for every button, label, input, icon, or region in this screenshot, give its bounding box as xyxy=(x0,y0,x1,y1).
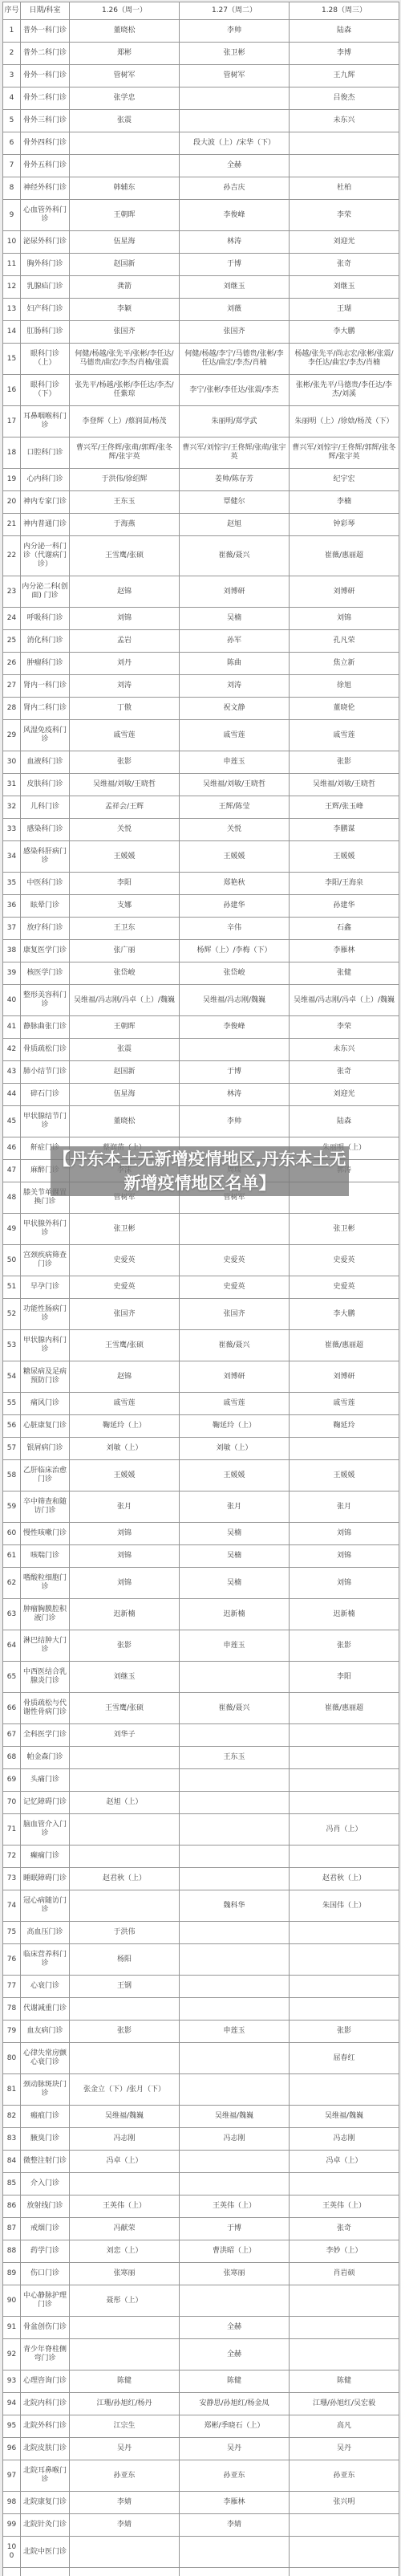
row-number-cell: 25 xyxy=(3,630,21,653)
tuesday-cell xyxy=(180,2537,290,2568)
row-number-cell: 70 xyxy=(3,1792,21,1814)
department-cell: 戒烟门诊 xyxy=(21,2218,70,2240)
table-row: 53甲状腺内科门诊王雪鹰/张硕崔薇/聂兴崔薇/惠丽超 xyxy=(3,1330,399,1361)
department-cell: 普外一科门诊 xyxy=(21,20,70,43)
department-cell: 咳喘门诊 xyxy=(21,1545,70,1568)
table-row: 50宫颈疾病筛查门诊史爱英史爱英史爱英 xyxy=(3,1245,399,1276)
tuesday-cell xyxy=(180,1846,290,1868)
department-cell: 宫颈疾病筛查门诊 xyxy=(21,1245,70,1276)
department-cell: 耳鼻咽喉科门诊 xyxy=(21,406,70,437)
table-row: 22内分泌一科门诊（代谢病门诊）王雪鹰/张硕崔薇/聂兴崔薇/惠丽超 xyxy=(3,536,399,576)
monday-cell xyxy=(70,2537,180,2568)
department-cell: 眩晕门诊 xyxy=(21,895,70,918)
row-number-cell: 35 xyxy=(3,873,21,895)
wednesday-cell: 刘博研 xyxy=(290,1361,399,1393)
table-row: 64淋巴结肿大门诊张影申莲玉张影 xyxy=(3,1630,399,1662)
table-row: 84微整注射门诊冯卓（上）冯卓（上） xyxy=(3,2151,399,2173)
tuesday-cell: 于博 xyxy=(180,2218,290,2240)
table-row: 55痛风门诊戚雪莲戚雪莲戚雪莲 xyxy=(3,1393,399,1415)
wednesday-cell: 孙建华 xyxy=(290,895,399,918)
department-cell: 肺小结节门诊 xyxy=(21,1061,70,1084)
tuesday-cell: 刘薇 xyxy=(180,299,290,321)
wednesday-cell: 李阳 xyxy=(290,1662,399,1693)
department-cell: 神经外科门诊 xyxy=(21,177,70,200)
row-number-cell: 6 xyxy=(3,132,21,155)
row-number-cell: 4 xyxy=(3,87,21,110)
wednesday-cell: 朱丽明（上）/徐娢/杨茂（下） xyxy=(290,406,399,437)
row-number-cell: 20 xyxy=(3,491,21,514)
wednesday-cell xyxy=(290,1724,399,1747)
tuesday-cell: 刘涛 xyxy=(180,675,290,698)
row-number-cell: 50 xyxy=(3,1245,21,1276)
row-number-cell: 46 xyxy=(3,1137,21,1160)
monday-cell: 张岱峻 xyxy=(70,962,180,985)
row-number-cell: 85 xyxy=(3,2173,21,2196)
wednesday-cell: 戚雪莲 xyxy=(290,1393,399,1415)
monday-cell xyxy=(70,2339,180,2370)
table-row: 2普外二科门诊郑彬张卫彬李博 xyxy=(3,43,399,65)
row-number-cell: 95 xyxy=(3,2415,21,2438)
table-row: 42骨质疏松门诊张震未东兴 xyxy=(3,1039,399,1061)
wednesday-cell: 刘锦 xyxy=(290,1568,399,1599)
tuesday-cell: 吴维福/刘敏/王晓哲 xyxy=(180,774,290,796)
table-row: 81颈动脉斑块门诊张金立（下）/张月（下） xyxy=(3,2074,399,2106)
wednesday-cell: 王瑚 xyxy=(290,299,399,321)
tuesday-cell: 刘敏（上） xyxy=(180,1438,290,1460)
table-row: 45甲状腺结节门诊董晓松李帅陆森 xyxy=(3,1106,399,1137)
wednesday-cell: 江珊/孙旭红/吴宏毅 xyxy=(290,2393,399,2415)
row-number-cell: 2 xyxy=(3,43,21,65)
wednesday-cell: 迟新楠 xyxy=(290,1599,399,1630)
table-row: 93心理咨询门诊陈健陈健陈健 xyxy=(3,2370,399,2393)
table-row: 90中心静脉护理门诊聂彤（上） xyxy=(3,2285,399,2317)
row-number-cell: 22 xyxy=(3,536,21,576)
row-number-cell: 13 xyxy=(3,299,21,321)
department-cell: 心脏康复门诊 xyxy=(21,1415,70,1438)
tuesday-cell: 杨辉（上）/李梅（下） xyxy=(180,940,290,962)
wednesday-cell: 李荣 xyxy=(290,1016,399,1039)
department-cell: 介入门诊 xyxy=(21,2173,70,2196)
monday-cell: 张影 xyxy=(70,751,180,774)
empty-cell xyxy=(3,2568,21,2576)
row-number-cell: 73 xyxy=(3,1868,21,1890)
wednesday-cell: 王英伟（上） xyxy=(290,2196,399,2218)
tuesday-cell: 戚雪莲 xyxy=(180,1393,290,1415)
row-number-cell: 51 xyxy=(3,1276,21,1299)
department-cell: 骨外二科门诊 xyxy=(21,87,70,110)
monday-cell: 刘继玉 xyxy=(70,1662,180,1693)
row-number-cell: 92 xyxy=(3,2339,21,2370)
tuesday-cell: 李帅 xyxy=(180,1106,290,1137)
table-row: 9心血管外科门诊王朝晖李俊峰李荣 xyxy=(3,200,399,231)
table-row: 69头痛门诊 xyxy=(3,1769,399,1792)
row-number-cell: 29 xyxy=(3,720,21,751)
row-number-cell: 59 xyxy=(3,1491,21,1523)
tuesday-cell: 曹洪昭（上） xyxy=(180,2240,290,2263)
row-number-cell: 84 xyxy=(3,2151,21,2173)
monday-cell: 赵锦 xyxy=(70,1361,180,1393)
row-number-cell: 81 xyxy=(3,2074,21,2106)
monday-cell: 韩辅东 xyxy=(70,177,180,200)
tuesday-cell xyxy=(180,2151,290,2173)
tuesday-cell: 张月 xyxy=(180,1491,290,1523)
department-cell: 代谢减重门诊 xyxy=(21,1998,70,2021)
department-cell: 中西医结合乳腺炎门诊 xyxy=(21,1662,70,1693)
department-cell: 心内科门诊 xyxy=(21,469,70,491)
department-cell: 北院中医门诊 xyxy=(21,2537,70,2568)
row-number-cell: 48 xyxy=(3,1182,21,1214)
department-cell: 青少年脊柱侧弯门诊 xyxy=(21,2339,70,2370)
col-header-tuesday: 1.27（周二） xyxy=(180,2,290,20)
wednesday-cell xyxy=(290,2339,399,2370)
tuesday-cell xyxy=(180,1976,290,1998)
col-header-department: 日期/科室 xyxy=(21,2,70,20)
tuesday-cell: 张岱峻 xyxy=(180,962,290,985)
wednesday-cell: 王九辉 xyxy=(290,65,399,87)
table-row: 67全科医学门诊刘华子 xyxy=(3,1724,399,1747)
wednesday-cell: 吕俊杰 xyxy=(290,87,399,110)
department-cell: 眼科门诊（上） xyxy=(21,344,70,375)
table-row: 52功能性肠病门诊张国齐张国齐李大鹏 xyxy=(3,1299,399,1330)
wednesday-cell: 钟彩琴 xyxy=(290,514,399,536)
table-row: 24呼吸科门诊刘锦吴楠刘锦 xyxy=(3,608,399,630)
wednesday-cell xyxy=(290,1922,399,1944)
department-cell: 颈动脉斑块门诊 xyxy=(21,2074,70,2106)
col-header-index: 序号 xyxy=(3,2,21,20)
tuesday-cell: 关悦 xyxy=(180,819,290,841)
wednesday-cell xyxy=(290,2514,399,2537)
wednesday-cell: 刘锦 xyxy=(290,608,399,630)
row-number-cell: 82 xyxy=(3,2106,21,2128)
monday-cell: 王雪鹰/张硕 xyxy=(70,1693,180,1724)
monday-cell: 王雪鹰/张硕 xyxy=(70,536,180,576)
tuesday-cell: 吴楠 xyxy=(180,1568,290,1599)
row-number-cell: 57 xyxy=(3,1438,21,1460)
monday-cell xyxy=(70,2317,180,2339)
monday-cell: 张影 xyxy=(70,1630,180,1662)
tuesday-cell: 段大波（上）/宋华（下） xyxy=(180,132,290,155)
table-row: 12乳腺疝门诊龚箭刘继玉刘继玉 xyxy=(3,276,399,299)
tuesday-cell xyxy=(180,1662,290,1693)
wednesday-cell: 王媛媛 xyxy=(290,1460,399,1491)
wednesday-cell: 张影 xyxy=(290,1630,399,1662)
wednesday-cell: 未东兴 xyxy=(290,1039,399,1061)
row-number-cell: 99 xyxy=(3,2514,21,2537)
row-number-cell: 64 xyxy=(3,1630,21,1662)
table-row: 11胸外科门诊赵国新于博张奇 xyxy=(3,254,399,276)
wednesday-cell: 李大鹏 xyxy=(290,1299,399,1330)
monday-cell: 赵锦 xyxy=(70,576,180,608)
monday-cell: 张学忠 xyxy=(70,87,180,110)
wednesday-cell xyxy=(290,2285,399,2317)
row-number-cell: 60 xyxy=(3,1523,21,1545)
monday-cell xyxy=(70,2173,180,2196)
table-row: 88药学门诊刘恋（上）曹洪昭（上）李妙（上） xyxy=(3,2240,399,2263)
row-number-cell: 88 xyxy=(3,2240,21,2263)
table-row: 75高血压门诊于洪伟 xyxy=(3,1922,399,1944)
tuesday-cell xyxy=(180,2043,290,2074)
table-row: 28肾内二科门诊丁傲祝文静董晓伦 xyxy=(3,698,399,720)
monday-cell: 管树军 xyxy=(70,65,180,87)
department-cell: 静脉曲张门诊 xyxy=(21,1016,70,1039)
wednesday-cell: 李阳/王海泉 xyxy=(290,873,399,895)
table-row: 35中医科门诊李阳郑艳秋李阳/王海泉 xyxy=(3,873,399,895)
row-number-cell: 83 xyxy=(3,2128,21,2151)
department-cell: 北院皮肤门诊 xyxy=(21,2438,70,2460)
row-number-cell: 26 xyxy=(3,653,21,675)
tuesday-cell: 李宁/张彬/李任达/张震/李杰 xyxy=(180,375,290,406)
wednesday-cell: 杨越/张先平/尚志宏/张彬/张震/李任达/曲宏/李杰/肖楠 xyxy=(290,344,399,375)
tuesday-cell: 林涛 xyxy=(180,1084,290,1106)
monday-cell: 刘华子 xyxy=(70,1724,180,1747)
table-row: 98北院康复门诊李婧李雁林张兴明 xyxy=(3,2492,399,2514)
row-number-cell: 55 xyxy=(3,1393,21,1415)
department-cell: 肛肠科门诊 xyxy=(21,321,70,344)
department-cell: 乳腺疝门诊 xyxy=(21,276,70,299)
wednesday-cell: 崔薇/惠丽超 xyxy=(290,1330,399,1361)
tuesday-cell: 全赫 xyxy=(180,155,290,177)
tuesday-cell: 王媛媛 xyxy=(180,841,290,873)
department-cell: 神内普通门诊 xyxy=(21,514,70,536)
department-cell: 临床营养科门诊 xyxy=(21,1944,70,1976)
tuesday-cell: 张国齐 xyxy=(180,1299,290,1330)
department-cell: 骨外四科门诊 xyxy=(21,132,70,155)
empty-cell xyxy=(290,2568,399,2576)
table-row: 74冠心病随访门诊魏科华朱国伟（上） xyxy=(3,1890,399,1922)
monday-cell: 赵君秋（上） xyxy=(70,1868,180,1890)
department-cell: 皮肤科门诊 xyxy=(21,774,70,796)
monday-cell: 李婧 xyxy=(70,2514,180,2537)
wednesday-cell: 张健 xyxy=(290,962,399,985)
row-number-cell: 67 xyxy=(3,1724,21,1747)
wednesday-cell: 张奇 xyxy=(290,254,399,276)
department-cell: 乙肝临床治愈门诊 xyxy=(21,1460,70,1491)
monday-cell xyxy=(70,1814,180,1846)
table-row: 5骨外三科门诊张震未东兴 xyxy=(3,110,399,132)
table-row: 57银屑病门诊刘敏（上）刘敏（上） xyxy=(3,1438,399,1460)
department-cell: 功能性肠病门诊 xyxy=(21,1299,70,1330)
wednesday-cell: 张奇 xyxy=(290,1061,399,1084)
department-cell: 普外二科门诊 xyxy=(21,43,70,65)
row-number-cell: 90 xyxy=(3,2285,21,2317)
department-cell: 泌尿外科门诊 xyxy=(21,231,70,254)
row-number-cell: 10 xyxy=(3,231,21,254)
monday-cell: 张国齐 xyxy=(70,321,180,344)
wednesday-cell: 刘迎光 xyxy=(290,1084,399,1106)
empty-cell xyxy=(70,2568,180,2576)
wednesday-cell: 冯志刚 xyxy=(290,2128,399,2151)
wednesday-cell: 朱国伟（上） xyxy=(290,1890,399,1922)
tuesday-cell xyxy=(180,2074,290,2106)
table-row: 94北院内科门诊江珊/孙旭红/杨丹安静思/孙旭红/杨金凤江珊/孙旭红/吴宏毅 xyxy=(3,2393,399,2415)
table-row: 33感染科门诊关悦关悦李鹏谋 xyxy=(3,819,399,841)
table-row: 78代谢减重门诊 xyxy=(3,1998,399,2021)
tuesday-cell: 迟新楠 xyxy=(180,1599,290,1630)
table-row: 6骨外四科门诊段大波（上）/宋华（下） xyxy=(3,132,399,155)
department-cell: 嗜酸粒细胞门诊 xyxy=(21,1568,70,1599)
wednesday-cell: 李妙（上） xyxy=(290,2240,399,2263)
wednesday-cell: 张彬/张先平/马德贵/李任达/李杰/刘溪 xyxy=(290,375,399,406)
table-row: 58乙肝临床治愈门诊王媛媛王媛媛王媛媛 xyxy=(3,1460,399,1491)
table-row: 20神内专家门诊王东玉覃健尔李楠 xyxy=(3,491,399,514)
monday-cell: 吴维福/魏巍 xyxy=(70,2106,180,2128)
tuesday-cell: 吴维福/魏巍 xyxy=(180,2106,290,2128)
tuesday-cell: 赵旭 xyxy=(180,514,290,536)
wednesday-cell: 崔薇/惠丽超 xyxy=(290,1693,399,1724)
wednesday-cell: 戚雪莲 xyxy=(290,720,399,751)
department-cell: 感染科门诊 xyxy=(21,819,70,841)
table-row: 99北院针灸门诊李婧李婧 xyxy=(3,2514,399,2537)
tuesday-cell: 朱丽明/郑学武 xyxy=(180,406,290,437)
tuesday-cell: 孙吉庆 xyxy=(180,177,290,200)
tuesday-cell: 吴维福/冯志刚/魏巍 xyxy=(180,985,290,1016)
table-row: 56心脏康复门诊鞠延玲（上）鞠延玲（上）鞠延玲 xyxy=(3,1415,399,1438)
table-row: 63肿瘤胸膜腔积液门诊迟新楠迟新楠迟新楠 xyxy=(3,1599,399,1630)
row-number-cell: 42 xyxy=(3,1039,21,1061)
row-number-cell: 87 xyxy=(3,2218,21,2240)
wednesday-cell: 冯肖（上） xyxy=(290,1814,399,1846)
department-cell: 消化科门诊 xyxy=(21,630,70,653)
department-cell: 卒中筛查和随访门诊 xyxy=(21,1491,70,1523)
wednesday-cell: 陆森 xyxy=(290,1106,399,1137)
tuesday-cell: 申莲玉 xyxy=(180,2021,290,2043)
wednesday-cell: 张兴明 xyxy=(290,2492,399,2514)
monday-cell: 丁傲 xyxy=(70,698,180,720)
monday-cell: 鞠延玲（上） xyxy=(70,1415,180,1438)
row-number-cell: 21 xyxy=(3,514,21,536)
monday-cell: 孟岩 xyxy=(70,630,180,653)
wednesday-cell: 张月 xyxy=(290,1491,399,1523)
row-number-cell: 18 xyxy=(3,437,21,469)
row-number-cell: 45 xyxy=(3,1106,21,1137)
monday-cell: 王朝晖 xyxy=(70,200,180,231)
row-number-cell: 33 xyxy=(3,819,21,841)
table-row: 72癫痫门诊 xyxy=(3,1846,399,1868)
row-number-cell: 91 xyxy=(3,2317,21,2339)
row-number-cell: 49 xyxy=(3,1214,21,1245)
row-number-cell: 3 xyxy=(3,65,21,87)
wednesday-cell: 张奇 xyxy=(290,2218,399,2240)
department-cell: 瘢痕门诊 xyxy=(21,2106,70,2128)
tuesday-cell: 王东玉 xyxy=(180,1747,290,1769)
monday-cell xyxy=(70,1846,180,1868)
empty-cell xyxy=(21,2568,70,2576)
table-row: 97北院耳鼻喉门诊孙亚东孙亚东孙亚东 xyxy=(3,2460,399,2492)
department-cell: 骨盆创伤门诊 xyxy=(21,2317,70,2339)
row-number-cell: 53 xyxy=(3,1330,21,1361)
row-number-cell: 12 xyxy=(3,276,21,299)
monday-cell: 王英伟（上） xyxy=(70,2196,180,2218)
wednesday-cell: 屈春红 xyxy=(290,2043,399,2074)
wednesday-cell: 鞠延玲 xyxy=(290,1415,399,1438)
row-number-cell: 71 xyxy=(3,1814,21,1846)
wednesday-cell xyxy=(290,1747,399,1769)
monday-cell: 李阳 xyxy=(70,873,180,895)
wednesday-cell: 李雁林 xyxy=(290,940,399,962)
monday-cell: 张卫彬 xyxy=(70,1214,180,1245)
schedule-body: 1普外一科门诊董晓松李帅陆森2普外二科门诊郑彬张卫彬李博3骨外一科门诊管树军管树… xyxy=(3,20,399,2576)
table-row: 87戒烟门诊冯献荣于博张奇 xyxy=(3,2218,399,2240)
table-row: 25消化科门诊孟岩孙军孔凡荣 xyxy=(3,630,399,653)
department-cell: 淋巴结肿大门诊 xyxy=(21,1630,70,1662)
department-cell: 口腔科门诊 xyxy=(21,437,70,469)
tuesday-cell xyxy=(180,1792,290,1814)
row-number-cell: 31 xyxy=(3,774,21,796)
table-row: 3骨外一科门诊管树军管树军王九辉 xyxy=(3,65,399,87)
wednesday-cell: 孙亚东 xyxy=(290,2460,399,2492)
department-cell: 北院内科门诊 xyxy=(21,2393,70,2415)
row-number-cell: 66 xyxy=(3,1693,21,1724)
monday-cell: 刘锦 xyxy=(70,1545,180,1568)
wednesday-cell: 董晓伦 xyxy=(290,698,399,720)
row-number-cell: 30 xyxy=(3,751,21,774)
department-cell: 药学门诊 xyxy=(21,2240,70,2263)
tuesday-cell: 管树军 xyxy=(180,65,290,87)
monday-cell: 于洪伟 xyxy=(70,1922,180,1944)
wednesday-cell: 李博 xyxy=(290,43,399,65)
row-number-cell: 36 xyxy=(3,895,21,918)
table-row: 18口腔科门诊曹兴军/王佟辉/张萌/郭辉/张冬辉/张宇英曹兴军/刘惊宇/王佟辉/… xyxy=(3,437,399,469)
department-cell: 帕金森门诊 xyxy=(21,1747,70,1769)
tuesday-cell: 吴楠 xyxy=(180,1523,290,1545)
department-cell: 骨质疏松与代谢性骨病门诊 xyxy=(21,1693,70,1724)
row-number-cell: 52 xyxy=(3,1299,21,1330)
department-cell: 糖尿病及足病预防门诊 xyxy=(21,1361,70,1393)
monday-cell: 王卫东 xyxy=(70,918,180,940)
tuesday-cell: 全赫 xyxy=(180,2339,290,2370)
monday-cell: 王朝晖 xyxy=(70,1016,180,1039)
department-cell: 心律失常房颤心衰门诊 xyxy=(21,2043,70,2074)
tuesday-cell: 鞠延玲（上） xyxy=(180,1415,290,1438)
wednesday-cell: 李鹏谋 xyxy=(290,819,399,841)
department-cell: 心血管外科门诊 xyxy=(21,200,70,231)
monday-cell: 张广丽 xyxy=(70,940,180,962)
tuesday-cell: 刘继玉 xyxy=(180,276,290,299)
department-cell: 微整注射门诊 xyxy=(21,2151,70,2173)
department-cell: 感染科肝病门诊 xyxy=(21,841,70,873)
table-row: 60慢性咳嗽门诊刘锦吴楠刘锦 xyxy=(3,1523,399,1545)
row-number-cell: 7 xyxy=(3,155,21,177)
wednesday-cell: 刘继玉 xyxy=(290,276,399,299)
monday-cell: 王雪鹰/张硕 xyxy=(70,1330,180,1361)
monday-cell: 张震 xyxy=(70,110,180,132)
row-number-cell: 72 xyxy=(3,1846,21,1868)
table-row: 14肛肠科门诊张国齐张国齐李大鹏 xyxy=(3,321,399,344)
row-number-cell: 9 xyxy=(3,200,21,231)
row-number-cell: 19 xyxy=(3,469,21,491)
monday-cell: 董晓松 xyxy=(70,20,180,43)
partial-clipped-row xyxy=(3,2568,399,2576)
wednesday-cell: 未东兴 xyxy=(290,110,399,132)
department-cell: 早孕门诊 xyxy=(21,1276,70,1299)
table-row: 34感染科肝病门诊王媛媛王媛媛王媛媛 xyxy=(3,841,399,873)
table-row: 61咳喘门诊刘锦吴楠刘锦 xyxy=(3,1545,399,1568)
table-row: 83腋臭门诊冯志刚冯志刚冯志刚 xyxy=(3,2128,399,2151)
table-row: 29风湿免疫科门诊戚雪莲戚雪莲戚雪莲 xyxy=(3,720,399,751)
wednesday-cell: 曹兴军/刘惊宇/王佟辉/郭辉/张冬辉/张宇英 xyxy=(290,437,399,469)
row-number-cell: 32 xyxy=(3,796,21,819)
tuesday-cell: 王媛媛 xyxy=(180,1460,290,1491)
department-cell: 神内专家门诊 xyxy=(21,491,70,514)
monday-cell: 吴维福/冯志刚/冯卓（上）/魏巍 xyxy=(70,985,180,1016)
wednesday-cell: 纪宇宏 xyxy=(290,469,399,491)
department-cell: 呼吸科门诊 xyxy=(21,608,70,630)
department-cell: 眼科门诊（下） xyxy=(21,375,70,406)
monday-cell: 龚箭 xyxy=(70,276,180,299)
table-row: 91骨盆创伤门诊全赫 xyxy=(3,2317,399,2339)
row-number-cell: 75 xyxy=(3,1922,21,1944)
table-row: 26肿瘤科门诊刘丹陈曲焦立新 xyxy=(3,653,399,675)
